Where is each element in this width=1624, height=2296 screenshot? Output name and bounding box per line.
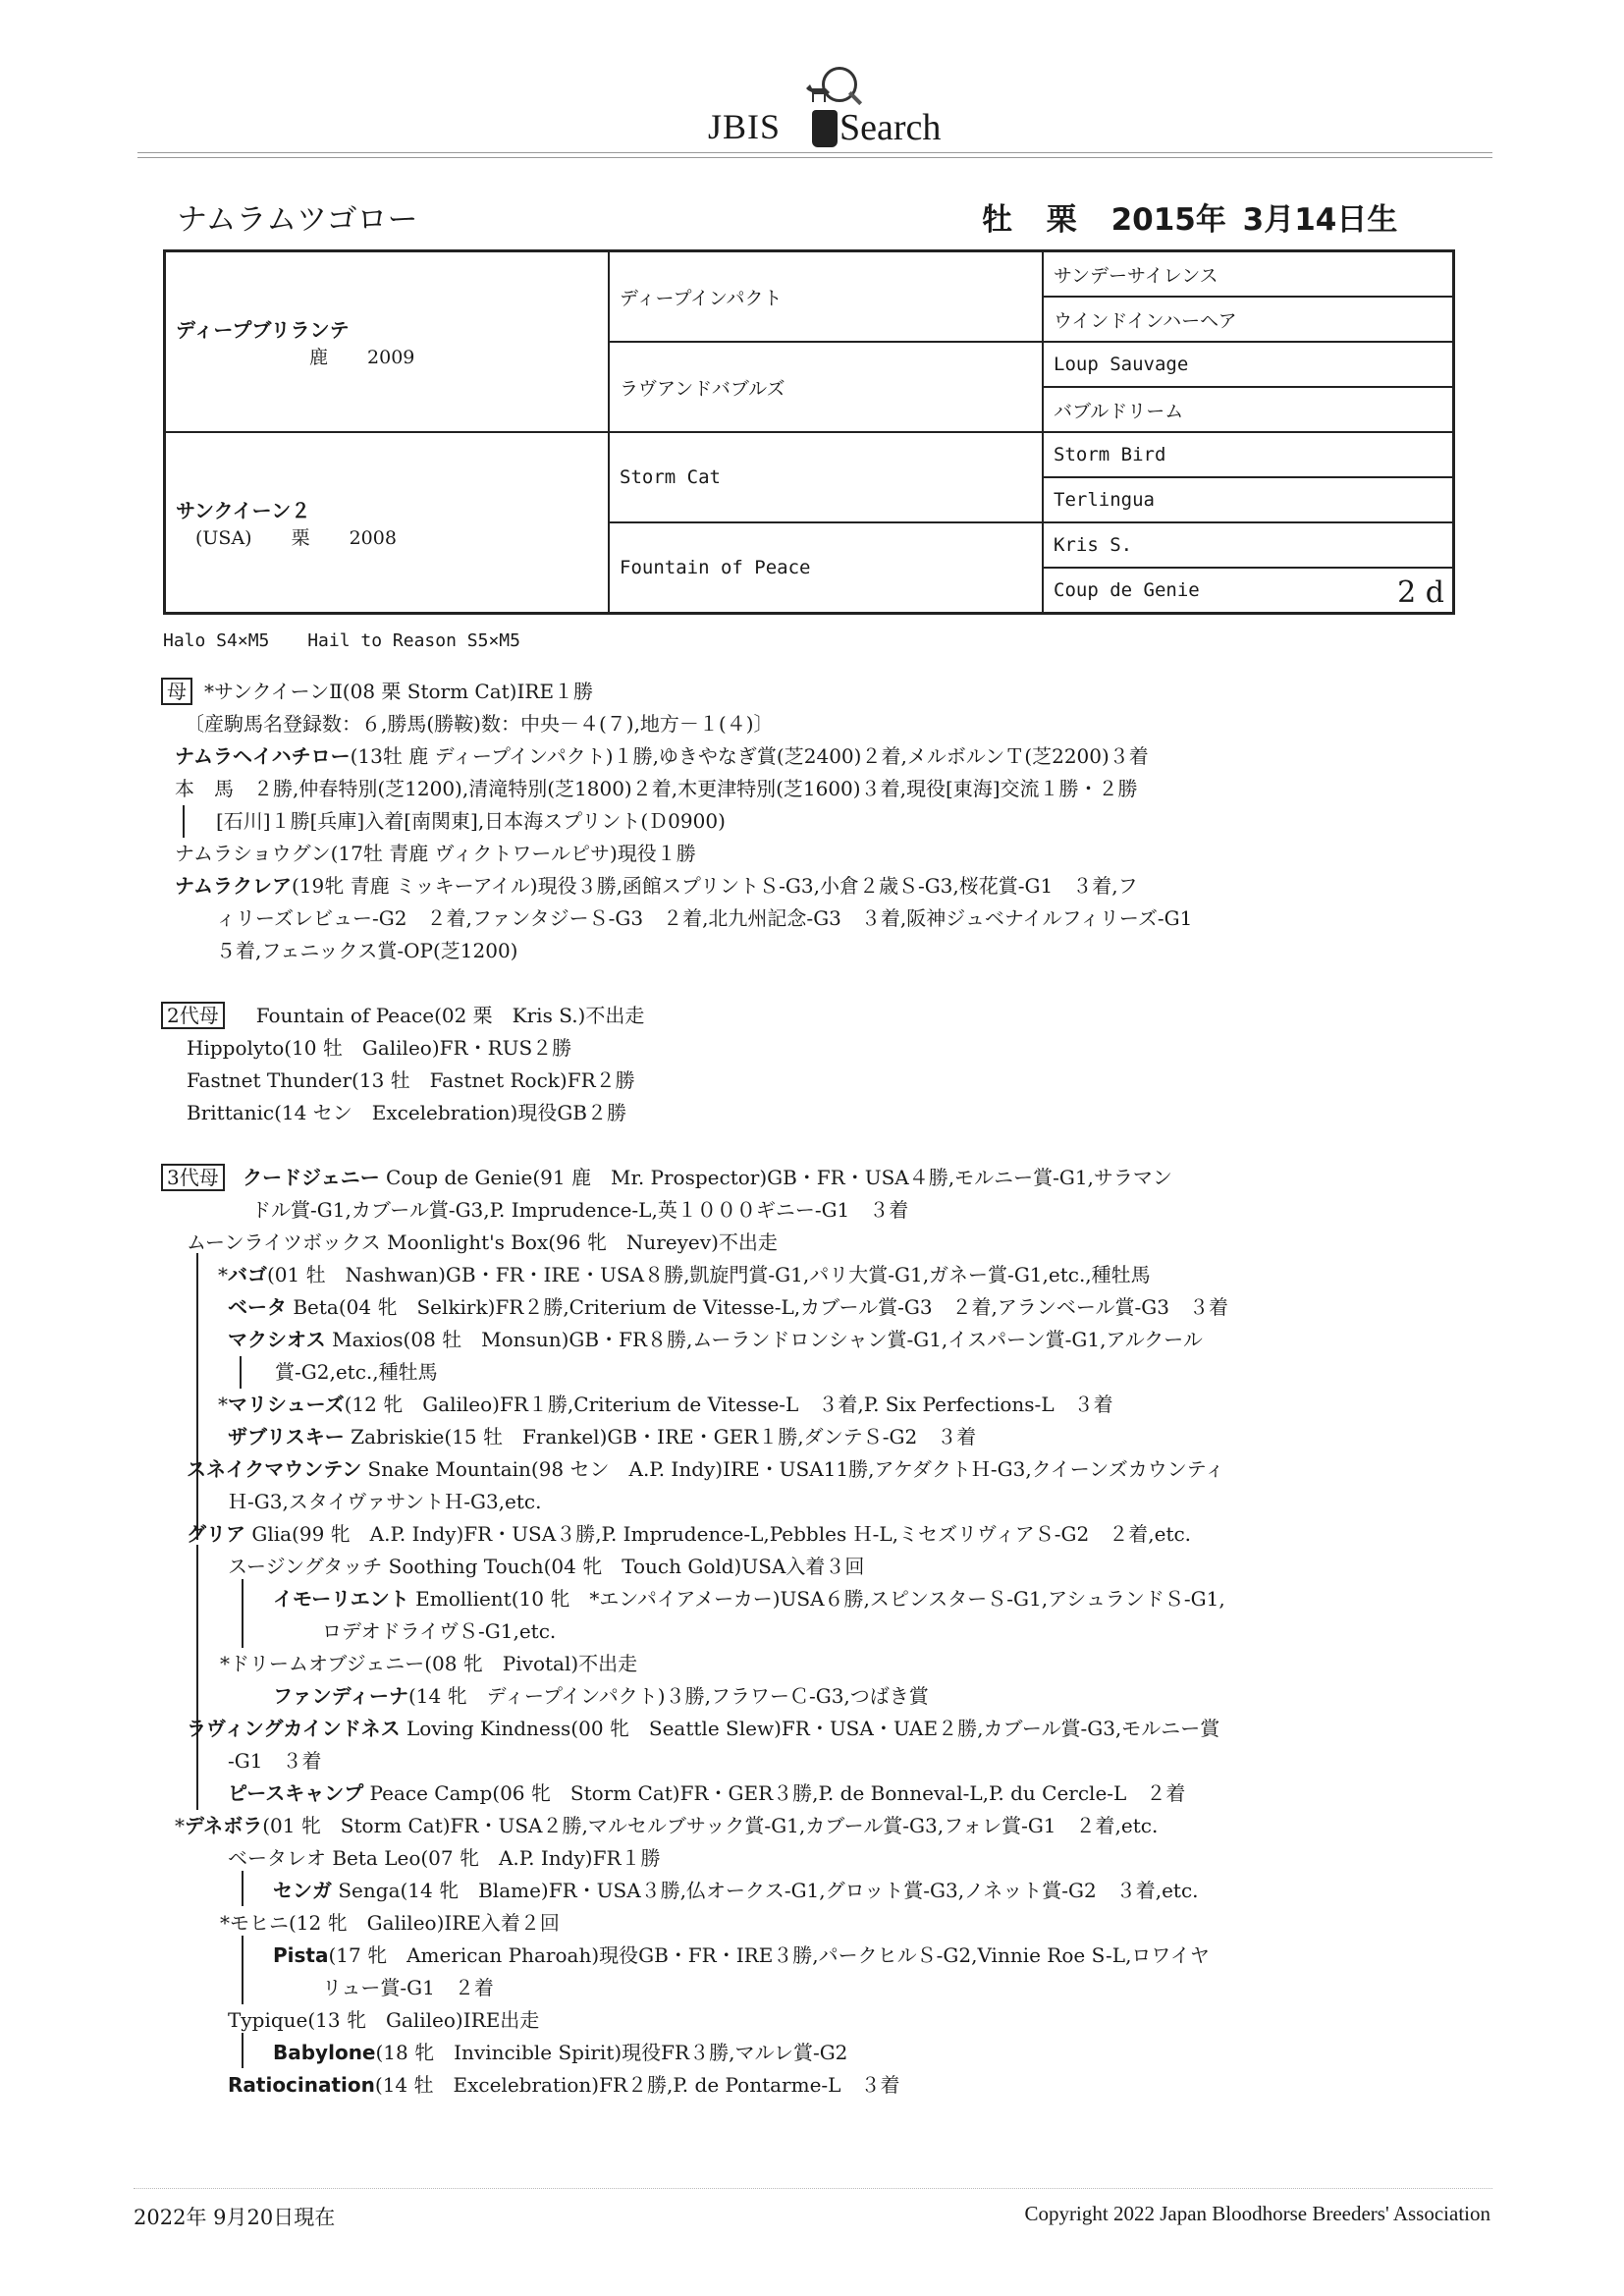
list-item: Ratiocination(14 牡 Excelebration)FR２勝,P.… — [161, 2069, 1379, 2102]
list-item: Pista(17 牝 American Pharoah)現役GB・FR・IRE３… — [161, 1940, 1379, 1972]
horse-color: 栗 — [1047, 202, 1077, 238]
dam-heading: 母*サンクイーンⅡ(08 栗 Storm Cat)IRE１勝 — [161, 676, 1379, 708]
header-divider-2 — [137, 157, 1492, 158]
list-item: スージングタッチ Soothing Touch(04 牝 Touch Gold)… — [161, 1551, 1379, 1583]
inbreeding-info: Halo S4×M5 Hail to Reason S5×M5 — [163, 630, 548, 651]
g3-cell: サンデーサイレンス — [1043, 251, 1454, 298]
horse-birth: 2015年 3月14日生 — [1111, 202, 1398, 238]
list-item: Fastnet Thunder(13 牡 Fastnet Rock)FR２勝 — [161, 1065, 1379, 1097]
inbreeding-item: Hail to Reason S5×M5 — [307, 630, 520, 651]
list-item: イモーリエント Emollient(10 牝 *エンパイアメーカー)USA６勝,… — [161, 1583, 1379, 1615]
sire-year: 2009 — [367, 347, 414, 368]
list-item: スネイクマウンテン Snake Mountain(98 セン A.P. Indy… — [161, 1453, 1379, 1486]
logo-text-search: Search — [839, 106, 941, 149]
list-item: ベータ Beta(04 牝 Selkirk)FR２勝,Criterium de … — [161, 1291, 1379, 1324]
section-label-3rd-dam: 3代母 — [161, 1164, 225, 1191]
list-item: リュー賞-G1 ２着 — [161, 1972, 1379, 2004]
list-item: ロデオドライヴＳ-G1,etc. — [161, 1615, 1379, 1648]
section-label-dam: 母 — [161, 678, 192, 705]
dam-produce-summary: 〔産駒馬名登録数：６,勝馬(勝鞍)数：中央－４(７),地方－１(４)〕 — [161, 708, 1379, 740]
list-item: ナムラショウグン(17牡 青鹿 ヴィクトワールピサ)現役１勝 — [161, 838, 1379, 870]
list-item: 賞-G2,etc.,種牡馬 — [161, 1356, 1379, 1389]
inbreeding-item: Halo S4×M5 — [163, 630, 269, 651]
dam-year: 2008 — [350, 527, 397, 549]
list-item: ベータレオ Beta Leo(07 牝 A.P. Indy)FR１勝 — [161, 1842, 1379, 1875]
list-item: Typique(13 牝 Galileo)IRE出走 — [161, 2004, 1379, 2037]
list-item: ィリーズレビュー-G2 ２着,ファンタジーＳ-G3 ２着,北九州記念-G3 ３着… — [161, 902, 1379, 935]
footer-divider — [134, 2188, 1492, 2189]
g3-cell: バブルドリーム — [1043, 387, 1454, 432]
dam-name: サンクイーン２ — [176, 495, 598, 523]
list-item: ドル賞-G1,カブール賞-G3,P. Imprudence-L,英１０００ギニー… — [161, 1194, 1379, 1227]
g3-cell: Kris S. — [1043, 522, 1454, 568]
list-item: ムーンライツボックス Moonlight's Box(96 牝 Nureyev)… — [161, 1227, 1379, 1259]
g3-cell: Terlingua — [1043, 477, 1454, 522]
dam-cell: サンクイーン２ (USA)栗2008 — [165, 432, 610, 614]
dam-dam-cell: Fountain of Peace — [609, 522, 1043, 614]
list-item: ５着,フェニックス賞-OP(芝1200) — [161, 935, 1379, 967]
list-item: Ｈ-G3,スタイヴァサントＨ-G3,etc. — [161, 1486, 1379, 1518]
list-item: ナムラクレア(19牝 青鹿 ミッキーアイル)現役３勝,函館スプリントＳ-G3,小… — [161, 870, 1379, 902]
dam-sire-cell: Storm Cat — [609, 432, 1043, 522]
copyright: Copyright 2022 Japan Bloodhorse Breeders… — [1025, 2202, 1490, 2226]
family-number: 2 d — [1397, 575, 1444, 610]
list-item: ラヴィングカインドネス Loving Kindness(00 牝 Seattle… — [161, 1713, 1379, 1745]
list-item: センガ Senga(14 牝 Blame)FR・USA３勝,仏オークス-G1,グ… — [161, 1875, 1379, 1907]
g3-cell: Coup de Genie2 d — [1043, 568, 1454, 614]
second-dam-heading: 2代母 Fountain of Peace(02 栗 Kris S.)不出走 — [161, 1000, 1379, 1032]
list-item: Hippolyto(10 牡 Galileo)FR・RUS２勝 — [161, 1032, 1379, 1065]
list-item: ザブリスキー Zabriskie(15 牡 Frankel)GB・IRE・GER… — [161, 1421, 1379, 1453]
g3-cell: ウインドインハーヘア — [1043, 297, 1454, 342]
list-item: Brittanic(14 セン Excelebration)現役GB２勝 — [161, 1097, 1379, 1129]
logo-can-icon — [812, 110, 838, 147]
list-item: ナムラヘイハチロー(13牡 鹿 ディープインパクト)１勝,ゆきやなぎ賞(芝240… — [161, 740, 1379, 773]
horse-sex: 牡 — [982, 202, 1012, 238]
dam-color: 栗 — [292, 527, 310, 549]
sire-name: ディープブリランテ — [176, 314, 598, 343]
list-item-this-horse: 本 馬 ２勝,仲春特別(芝1200),清滝特別(芝1800)２着,木更津特別(芝… — [161, 773, 1379, 805]
section-label-2nd-dam: 2代母 — [161, 1002, 225, 1029]
family-record: 母*サンクイーンⅡ(08 栗 Storm Cat)IRE１勝 〔産駒馬名登録数：… — [161, 676, 1379, 2102]
pedigree-table: ディープブリランテ 鹿2009 ディープインパクト サンデーサイレンス ウインド… — [163, 249, 1455, 615]
list-item: *デネボラ(01 牝 Storm Cat)FR・USA２勝,マルセルブサック賞-… — [161, 1810, 1379, 1842]
list-item: マクシオス Maxios(08 牡 Monsun)GB・FR８勝,ムーランドロン… — [161, 1324, 1379, 1356]
list-item: -G1 ３着 — [161, 1745, 1379, 1777]
third-dam-heading: 3代母 クードジェニー Coup de Genie(91 鹿 Mr. Prosp… — [161, 1162, 1379, 1194]
list-item: *モヒニ(12 牝 Galileo)IRE入着２回 — [161, 1907, 1379, 1940]
list-item: ファンディーナ(14 牝 ディープインパクト)３勝,フラワーＣ-G3,つばき賞 — [161, 1680, 1379, 1713]
dam-origin: (USA) — [195, 527, 252, 549]
horse-name: ナムラムツゴロー — [177, 194, 418, 239]
list-item: ピースキャンプ Peace Camp(06 牝 Storm Cat)FR・GER… — [161, 1777, 1379, 1810]
g3-name: Coup de Genie — [1054, 579, 1200, 601]
horse-info: 牡 栗 2015年 3月14日生 — [982, 194, 1415, 239]
list-item: *ドリームオブジェニー(08 牝 Pivotal)不出走 — [161, 1648, 1379, 1680]
list-item: *マリシューズ(12 牝 Galileo)FR１勝,Criterium de V… — [161, 1389, 1379, 1421]
list-item: [石川]１勝[兵庫]入着[南関東],日本海スプリント(Ｄ0900) — [161, 805, 1379, 838]
logo-text-jbis: JBIS — [708, 106, 781, 147]
sire-cell: ディープブリランテ 鹿2009 — [165, 251, 610, 433]
as-of-date: 2022年 9月20日現在 — [134, 2202, 335, 2231]
sire-sire-cell: ディープインパクト — [609, 251, 1043, 343]
list-item: *バゴ(01 牡 Nashwan)GB・FR・IRE・USA８勝,凱旋門賞-G1… — [161, 1259, 1379, 1291]
list-item: グリア Glia(99 牝 A.P. Indy)FR・USA３勝,P. Impr… — [161, 1518, 1379, 1551]
list-item: Babylone(18 牝 Invincible Spirit)現役FR３勝,マ… — [161, 2037, 1379, 2069]
g3-cell: Loup Sauvage — [1043, 342, 1454, 387]
jbis-search-logo: JBIS Search — [702, 39, 947, 147]
g3-cell: Storm Bird — [1043, 432, 1454, 477]
sire-color: 鹿 — [309, 347, 328, 368]
sire-dam-cell: ラヴアンドバブルズ — [609, 342, 1043, 432]
header-divider — [137, 152, 1492, 153]
